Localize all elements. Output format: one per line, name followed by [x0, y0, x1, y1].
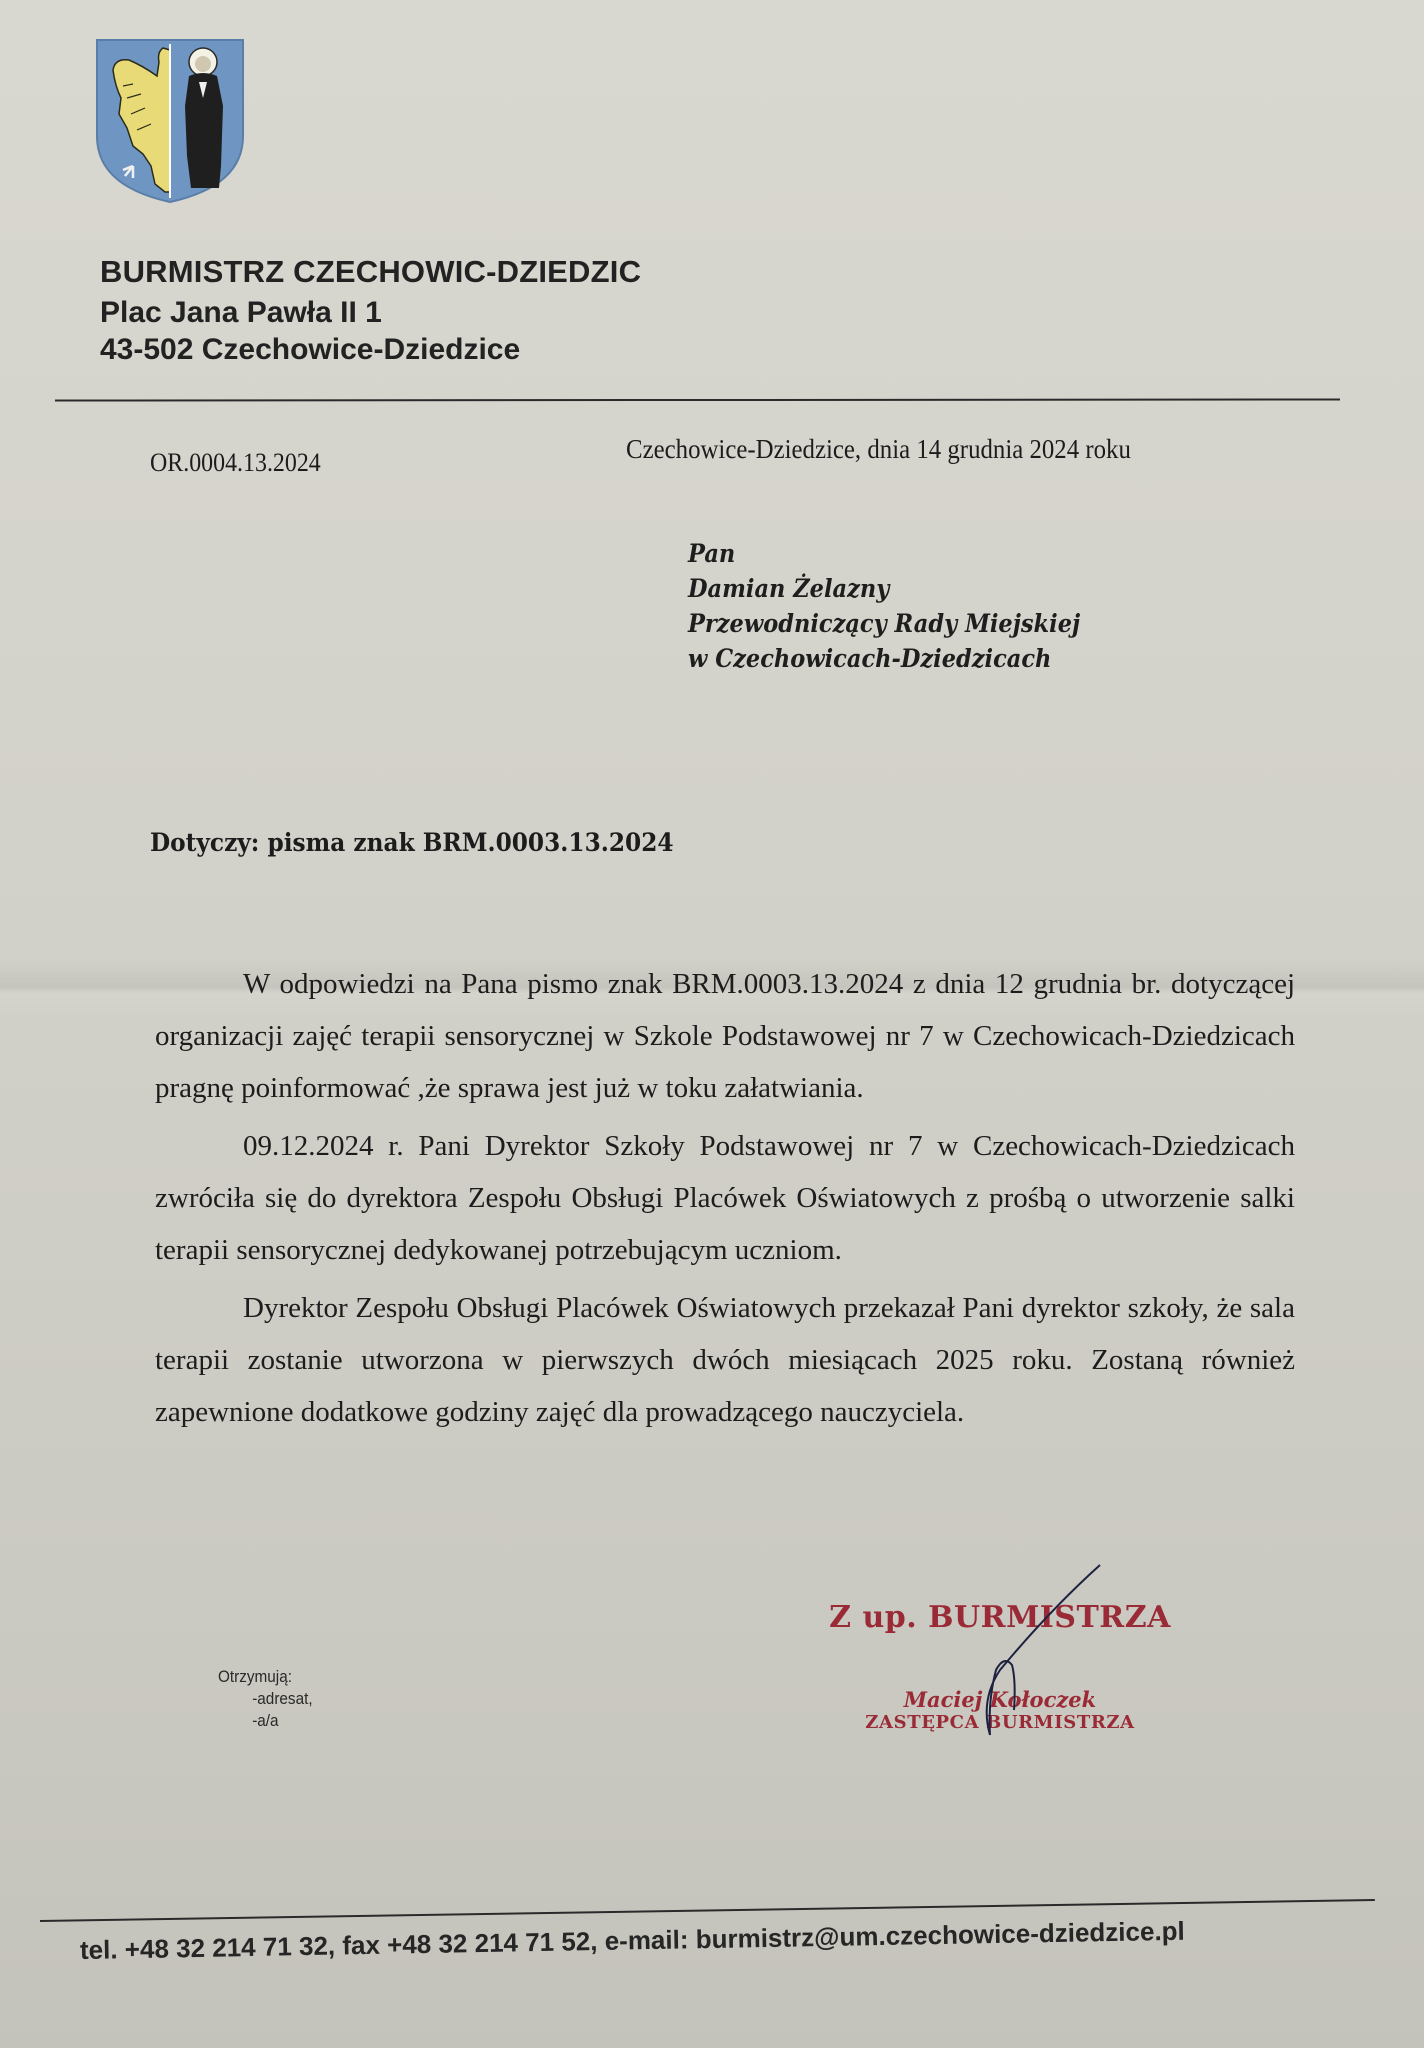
- addressee-salutation: Pan: [688, 536, 1080, 571]
- office-postal-city: 43-502 Czechowice-Dziedzice: [100, 333, 520, 367]
- place-date: Czechowice-Dziedzice, dnia 14 grudnia 20…: [626, 434, 1131, 465]
- stamp-authority: Z up. BURMISTRZA: [820, 1600, 1180, 1635]
- stamp-signatory-name: Maciej Kołoczek: [820, 1687, 1180, 1712]
- recipient-item: -adresat,: [218, 1688, 313, 1710]
- addressee-block: Pan Damian Żelazny Przewodniczący Rady M…: [688, 536, 1080, 676]
- body-paragraph: Dyrektor Zespołu Obsługi Placówek Oświat…: [155, 1282, 1295, 1438]
- footer-contact: tel. +48 32 214 71 32, fax +48 32 214 71…: [80, 1916, 1185, 1966]
- recipients-list: Otrzymują: -adresat, -a/a: [218, 1666, 313, 1732]
- recipients-label: Otrzymują:: [218, 1666, 313, 1688]
- recipient-item: -a/a: [218, 1710, 313, 1732]
- subject-line: Dotyczy: pisma znak BRM.0003.13.2024: [150, 828, 674, 857]
- body-paragraph: 09.12.2024 r. Pani Dyrektor Szkoły Podst…: [155, 1120, 1295, 1276]
- reference-number: OR.0004.13.2024: [150, 448, 321, 478]
- letter-body: W odpowiedzi na Pana pismo znak BRM.0003…: [155, 958, 1295, 1444]
- body-paragraph: W odpowiedzi na Pana pismo znak BRM.0003…: [155, 958, 1295, 1114]
- office-street: Plac Jana Pawła II 1: [100, 296, 382, 330]
- office-name: BURMISTRZ CZECHOWIC-DZIEDZIC: [100, 254, 641, 290]
- stamp-signatory-title: ZASTĘPCA BURMISTRZA: [820, 1712, 1180, 1733]
- coat-of-arms-icon: [93, 36, 247, 206]
- signature-stamp: Z up. BURMISTRZA Maciej Kołoczek ZASTĘPC…: [820, 1600, 1180, 1733]
- addressee-location: w Czechowicach-Dziedzicach: [688, 641, 1080, 676]
- addressee-name: Damian Żelazny: [688, 571, 1080, 606]
- header-divider: [55, 398, 1340, 401]
- addressee-position: Przewodniczący Rady Miejskiej: [688, 606, 1080, 641]
